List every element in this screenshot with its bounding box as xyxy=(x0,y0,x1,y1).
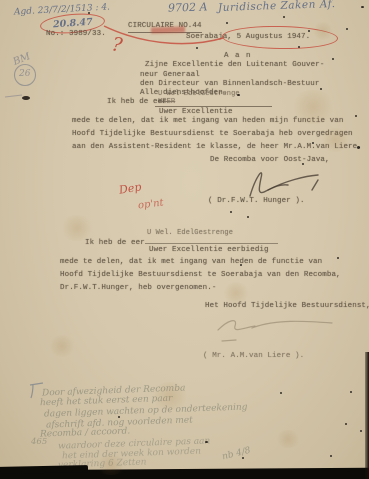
scan-speck xyxy=(205,441,208,443)
paper-stain xyxy=(320,128,350,152)
body-line: aan den Assistent-Resident 1e klasse, de… xyxy=(72,143,362,152)
closing-name-hunger: ( Dr.F.W.T. Hunger ). xyxy=(208,197,305,206)
closing-role-hoofd: Het Hoofd Tijdelijke Bestuursdienst, xyxy=(205,302,369,311)
paper-stain xyxy=(48,335,76,357)
department-annotation: Juridische Zaken Af. xyxy=(218,0,336,14)
scan-speck xyxy=(237,94,240,96)
address-line: neur Generaal xyxy=(140,71,200,80)
scan-speck xyxy=(22,96,30,100)
bottom-note-line: Recomba / accoord. xyxy=(40,426,130,439)
scan-speck xyxy=(118,416,120,418)
paper-stain xyxy=(290,90,336,124)
salutation-underline xyxy=(145,243,278,244)
paper-stain xyxy=(275,430,301,448)
paper-stain xyxy=(312,22,334,40)
scan-speck xyxy=(361,6,364,8)
scan-speck xyxy=(298,46,300,48)
body-line: Dr.F.W.T.Hunger, heb overgenomen.- xyxy=(60,284,216,293)
address-line: den Directeur van Binnenlandsch-Bestuur xyxy=(140,80,319,89)
red-smudge-mark xyxy=(151,26,185,33)
scan-speck xyxy=(320,88,322,90)
paper-stain xyxy=(150,382,190,410)
closing-role-recomba: De Recomba voor Oost-Java, xyxy=(210,156,330,165)
scanned-letter-page: Agd. 23/7/2/1513 : 4. 20.8.47 9702 A Jur… xyxy=(0,0,369,479)
scan-speck xyxy=(345,423,347,425)
scan-speck xyxy=(337,257,339,259)
salutation-option-3: Uwer Excellentie xyxy=(159,108,233,117)
margin-initials: BM xyxy=(12,51,32,68)
pencil-dash xyxy=(5,95,22,97)
closing-name-van-liere: ( Mr. A.M.van Liere ). xyxy=(203,352,304,361)
red-note-dep: Dep xyxy=(118,180,142,196)
paper-stain xyxy=(222,282,250,304)
scan-speck xyxy=(332,58,334,60)
scan-speck xyxy=(88,12,90,14)
question-mark-annotation: ? xyxy=(110,33,124,56)
scan-speck xyxy=(355,115,357,117)
scan-speck xyxy=(247,216,249,218)
scan-speck xyxy=(357,146,360,149)
red-note-opnt: op'nt xyxy=(137,197,164,211)
body-line: Hoofd Tijdelijke Bestuursdienst te Soera… xyxy=(72,130,353,139)
body-line: Hoofd Tijdelijke Bestuursdienst te Soera… xyxy=(60,271,341,280)
scan-speck xyxy=(240,264,242,266)
scan-speck xyxy=(330,455,332,457)
scan-speck xyxy=(312,142,314,144)
scan-speck xyxy=(350,391,352,393)
paper-stain xyxy=(60,215,94,241)
bottom-margin-number: 465 xyxy=(31,437,47,447)
signature-hunger xyxy=(250,173,318,196)
scan-speck xyxy=(196,47,198,49)
bottom-check-mark: nb 4/8 xyxy=(221,446,251,463)
salutation-prefix: Ik heb de eer xyxy=(85,239,145,248)
scan-speck xyxy=(360,430,362,432)
salutation-option-3: Uwer Excellentie eerbiedig xyxy=(149,246,269,255)
scan-speck xyxy=(226,22,228,24)
scan-edge-right xyxy=(365,352,369,479)
scan-speck xyxy=(242,457,244,459)
scan-speck xyxy=(346,28,348,30)
scan-speck xyxy=(308,30,310,32)
body-line: mede te delen, dat ik met ingang van hed… xyxy=(60,258,322,267)
address-aan: A a n xyxy=(224,52,252,61)
scan-speck xyxy=(280,392,282,394)
scan-speck xyxy=(230,211,232,213)
salutation-option-1: U Wel. EdelGestrenge xyxy=(147,229,233,238)
margin-circled-number: 26 xyxy=(19,69,30,79)
file-number-annotation: 9702 A xyxy=(168,0,208,14)
signature-van-liere xyxy=(218,321,332,341)
paper-stain xyxy=(95,455,127,475)
salutation-underline xyxy=(155,106,272,107)
address-line: Zijne Excellentie den Luitenant Gouver- xyxy=(145,61,324,70)
scan-speck xyxy=(283,16,285,18)
scan-speck xyxy=(302,163,304,165)
reference-number: No.: 3989/33. xyxy=(46,30,106,39)
